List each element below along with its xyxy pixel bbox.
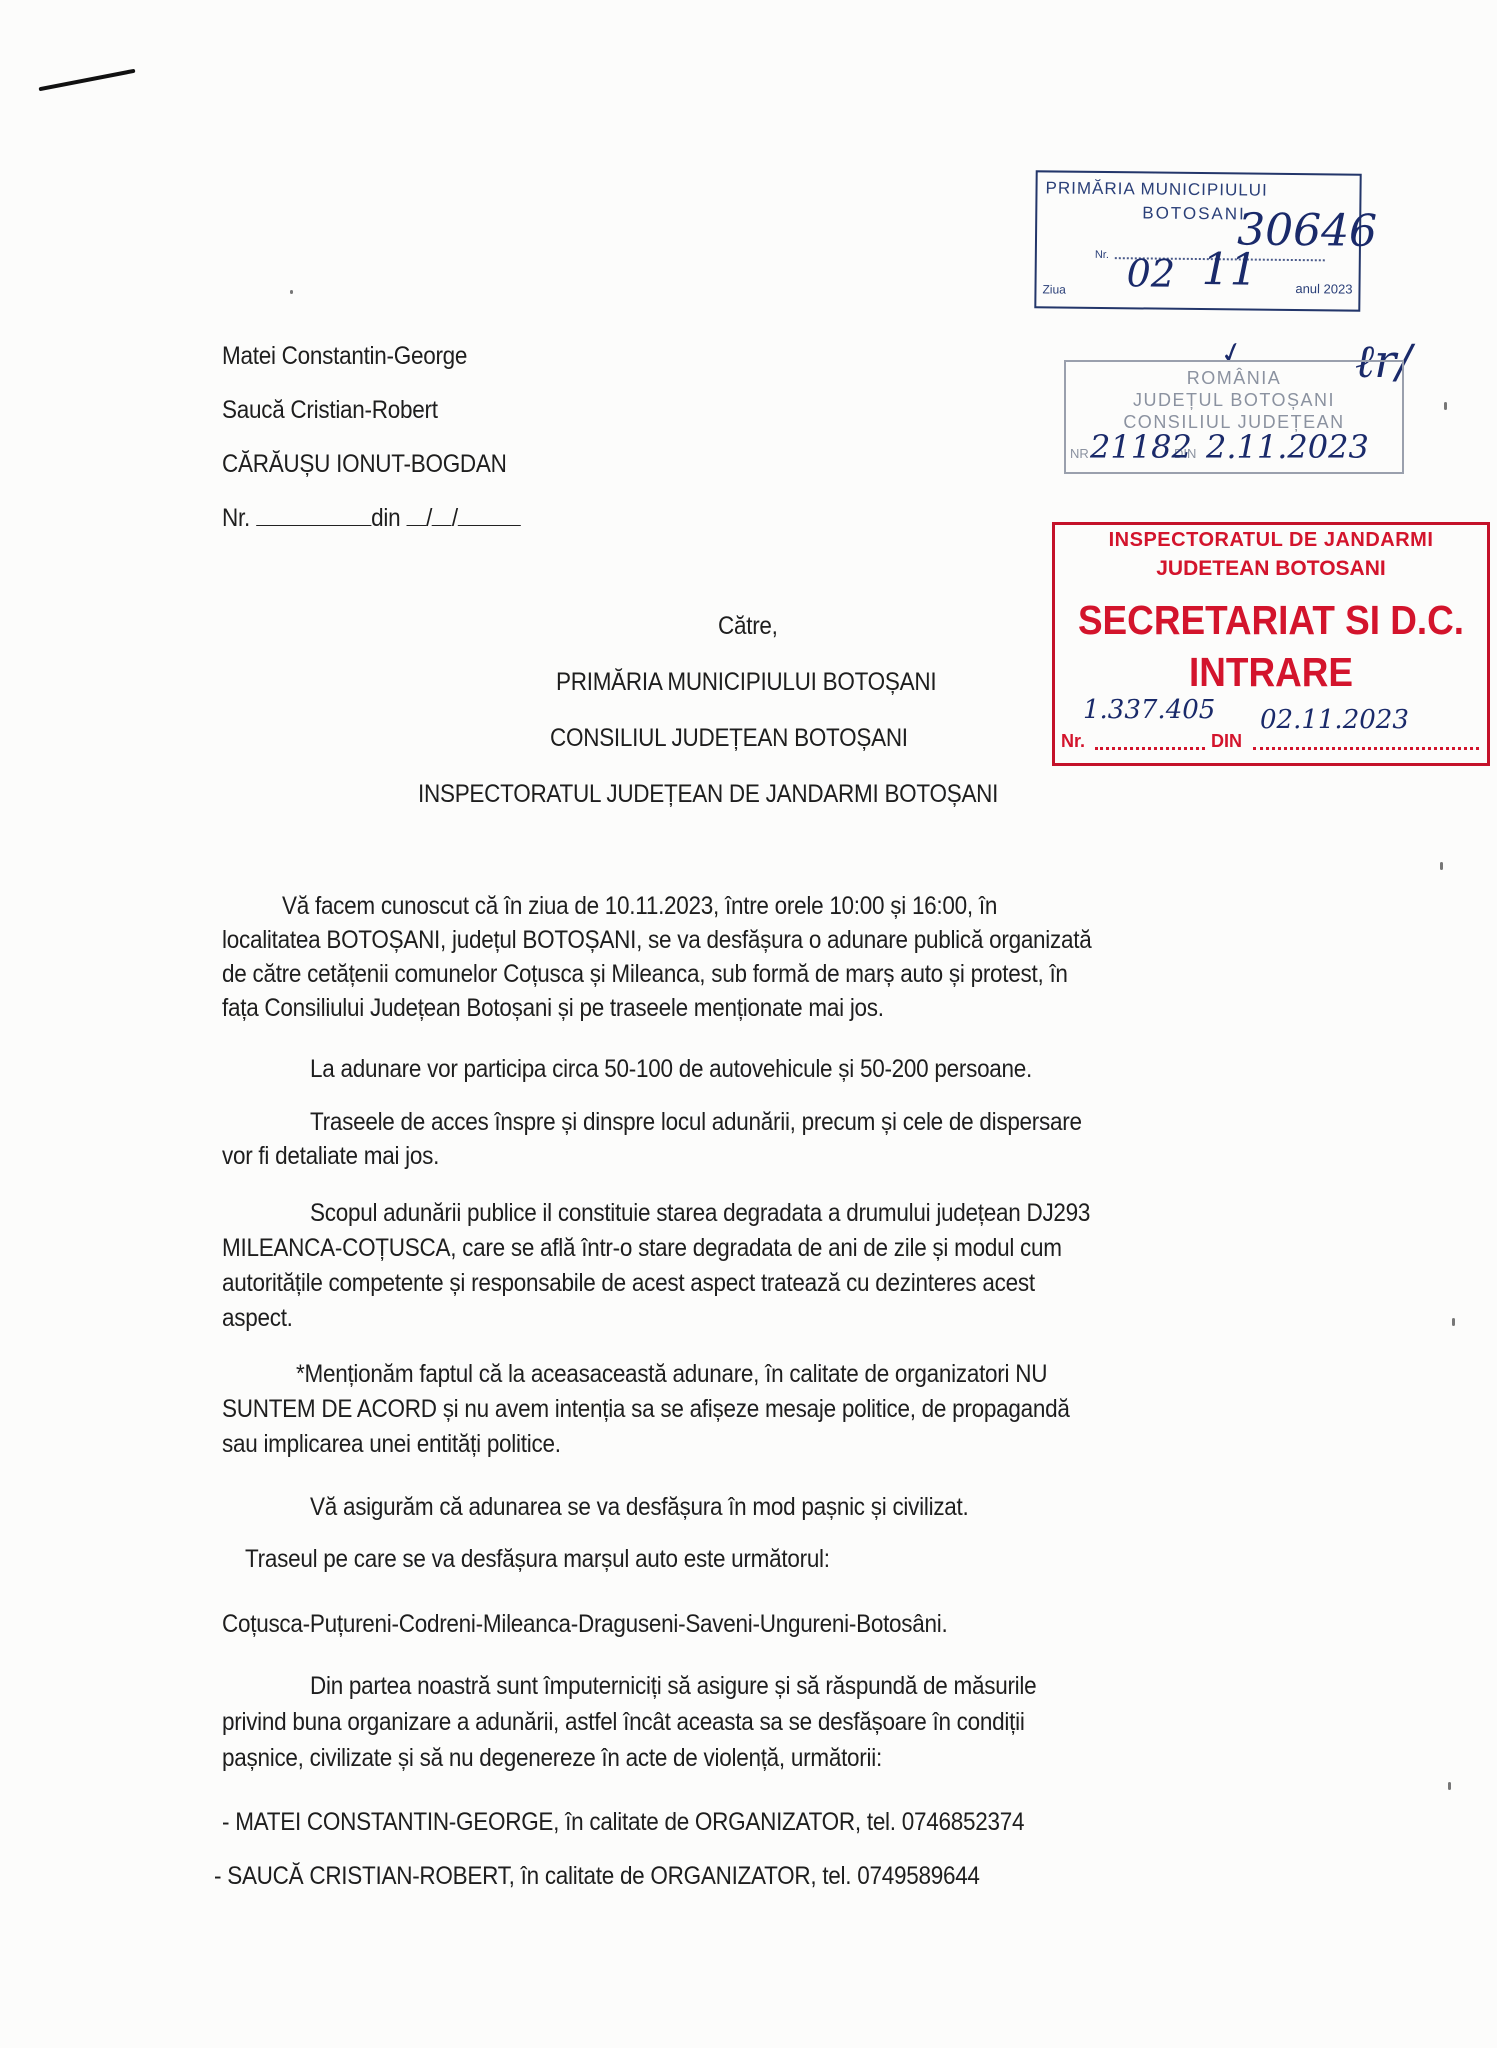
stamp-primaria-nr-label: Nr. [1095,249,1109,261]
stamp-jandarmi-handwritten-nr: 1.337.405 [1083,695,1215,725]
p1-line2: localitatea BOTOȘANI, județul BOTOȘANI, … [222,926,1091,955]
p1-line1: Vă facem cunoscut că în ziua de 10.11.20… [282,892,997,921]
sender-nr-label: Nr. [222,504,250,532]
stamp-consiliu-nr-label: NR [1070,446,1089,461]
stamp-jandarmi-line2: JUDETEAN BOTOSANI [1055,557,1487,581]
p2: La adunare vor participa circa 50-100 de… [310,1055,1032,1084]
document-page: PRIMĂRIA MUNICIPIULUI BOTOSANI Nr. Ziua … [0,0,1497,2048]
sender-name-3: CĂRĂUȘU IONUT-BOGDAN [222,450,507,479]
stamp-primaria-handwritten-nr: 30646 [1237,204,1378,256]
stamp-jandarmi-nr-dots [1095,747,1205,750]
scan-speck [290,290,293,294]
p5-line3: sau implicarea unei entități politice. [222,1430,561,1459]
recipient-1: PRIMĂRIA MUNICIPIULUI BOTOȘANI [556,668,936,697]
day-blank [406,505,426,526]
stamp-jandarmi-din-dots [1253,747,1479,750]
p4-line3: autoritățile competente și responsabile … [222,1269,1035,1298]
scan-speck [1440,862,1443,870]
stamp-consiliu-handwritten-nr: 21182 [1090,428,1192,466]
p6: Vă asigurăm că adunarea se va desfășura … [310,1493,969,1522]
p4-line2: MILEANCA-COȚUSCA, care se află într-o st… [222,1234,1062,1263]
year-blank [458,505,521,526]
sender-name-1: Matei Constantin-George [222,342,467,371]
sender-name-2: Saucă Cristian-Robert [222,396,438,425]
p5-line1: *Menționăm faptul că la aceasaceastă adu… [296,1360,1047,1389]
p8-line2: privind buna organizare a adunării, astf… [222,1708,1025,1737]
stamp-primaria: PRIMĂRIA MUNICIPIULUI BOTOSANI Nr. Ziua … [1034,170,1361,311]
recipient-3: INSPECTORATUL JUDEȚEAN DE JANDARMI BOTOȘ… [418,780,998,809]
stamp-primaria-line1: PRIMĂRIA MUNICIPIULUI [1045,178,1267,200]
route-intro: Traseul pe care se va desfășura marșul a… [245,1545,830,1574]
p1-line4: fața Consiliului Județean Botoșani și pe… [222,994,884,1023]
stamp-primaria-ziua-label: Ziua [1042,282,1065,296]
stamp-jandarmi-handwritten-date: 02.11.2023 [1260,705,1409,735]
p4-line4: aspect. [222,1304,293,1333]
stamp-primaria-handwritten-day: 02 [1126,251,1175,296]
sender-nr-line: Nr. din // [222,504,521,533]
p5-line2: SUNTEM DE ACORD și nu avem intenția sa s… [222,1395,1070,1424]
stamp-jandarmi-line1: INSPECTORATUL DE JANDARMI [1055,529,1487,552]
p1-line3: de către cetățenii comunelor Coțusca și … [222,960,1068,989]
p3-line1: Traseele de acces înspre și dinspre locu… [310,1108,1082,1137]
stamp-consiliu-line1: ROMÂNIA [1066,368,1402,389]
p8-line1: Din partea noastră sunt împuterniciți să… [310,1672,1036,1701]
stamp-primaria-handwritten-month: 11 [1201,244,1258,296]
stamp-jandarmi-din-label: DIN [1211,731,1242,752]
nr-blank [256,505,371,526]
organizer-2: - SAUCĂ CRISTIAN-ROBERT, în calitate de … [214,1862,980,1891]
month-blank [432,505,452,526]
stamp-consiliu-handwritten-date: 2.11.2023 [1206,428,1369,466]
recipient-2: CONSILIUL JUDEȚEAN BOTOȘANI [550,724,908,753]
p8-line3: pașnice, civilizate și să nu degenereze … [222,1744,882,1773]
pen-mark [39,69,136,92]
stamp-jandarmi-line3: SECRETARIAT SI D.C. [1077,597,1466,644]
stamp-primaria-line2: BOTOSANI [1142,203,1246,224]
p4-line1: Scopul adunării publice il constituie st… [310,1199,1090,1228]
route: Coțusca-Puțureni-Codreni-Mileanca-Dragus… [222,1610,947,1639]
stamp-jandarmi-line4: INTRARE [1077,649,1466,696]
p3-line2: vor fi detaliate mai jos. [222,1142,439,1171]
organizer-1: - MATEI CONSTANTIN-GEORGE, în calitate d… [222,1808,1024,1837]
stamp-consiliu: ROMÂNIA JUDEȚUL BOTOȘANI CONSILIUL JUDEȚ… [1064,360,1404,474]
sender-din-label: din [371,504,400,532]
stamp-consiliu-line2: JUDEȚUL BOTOȘANI [1066,390,1402,411]
stamp-jandarmi-nr-label: Nr. [1061,731,1085,752]
scan-speck [1444,402,1447,410]
stamp-primaria-anul-label: anul 2023 [1295,281,1352,297]
stamp-jandarmi: INSPECTORATUL DE JANDARMI JUDETEAN BOTOS… [1052,522,1490,766]
salutation: Către, [718,612,778,641]
scan-speck [1448,1782,1451,1790]
scan-speck [1452,1318,1455,1326]
